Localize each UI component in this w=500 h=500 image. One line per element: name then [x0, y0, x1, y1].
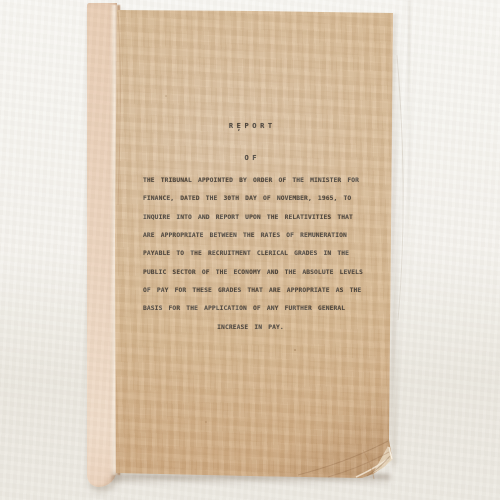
body-line: PAYABLE TO THE RECRUITMENT CLERICAL GRAD…: [143, 245, 358, 263]
body-line: ARE APPROPRIATE BETWEEN THE RATES OF REM…: [143, 227, 358, 245]
page-subtitle: OF: [143, 153, 358, 163]
page-title: REPORT ,: [143, 121, 358, 131]
report-title-page: REPORT , OF THE TRIBUNAL APPOINTED BY OR…: [0, 0, 500, 500]
body-line: FINANCE, DATED THE 30TH DAY OF NOVEMBER,…: [143, 190, 358, 208]
body-line: THE TRIBUNAL APPOINTED BY ORDER OF THE M…: [143, 172, 358, 190]
body-line: INQUIRE INTO AND REPORT UPON THE RELATIV…: [143, 209, 358, 227]
body-line: BASIS FOR THE APPLICATION OF ANY FURTHER…: [143, 300, 358, 318]
body-line: INCREASE IN PAY.: [143, 319, 358, 337]
body-line: PUBLIC SECTOR OF THE ECONOMY AND THE ABS…: [143, 264, 358, 282]
photo-backdrop: REPORT , OF THE TRIBUNAL APPOINTED BY OR…: [0, 0, 500, 500]
body-line: OF PAY FOR THESE GRADES THAT ARE APPROPR…: [143, 282, 358, 300]
report-body: THE TRIBUNAL APPOINTED BY ORDER OF THE M…: [143, 172, 358, 337]
page-title-text: REPORT: [229, 122, 276, 130]
backdrop-seam: [408, 0, 410, 340]
typewriter-comma-artifact: ,: [234, 124, 241, 134]
